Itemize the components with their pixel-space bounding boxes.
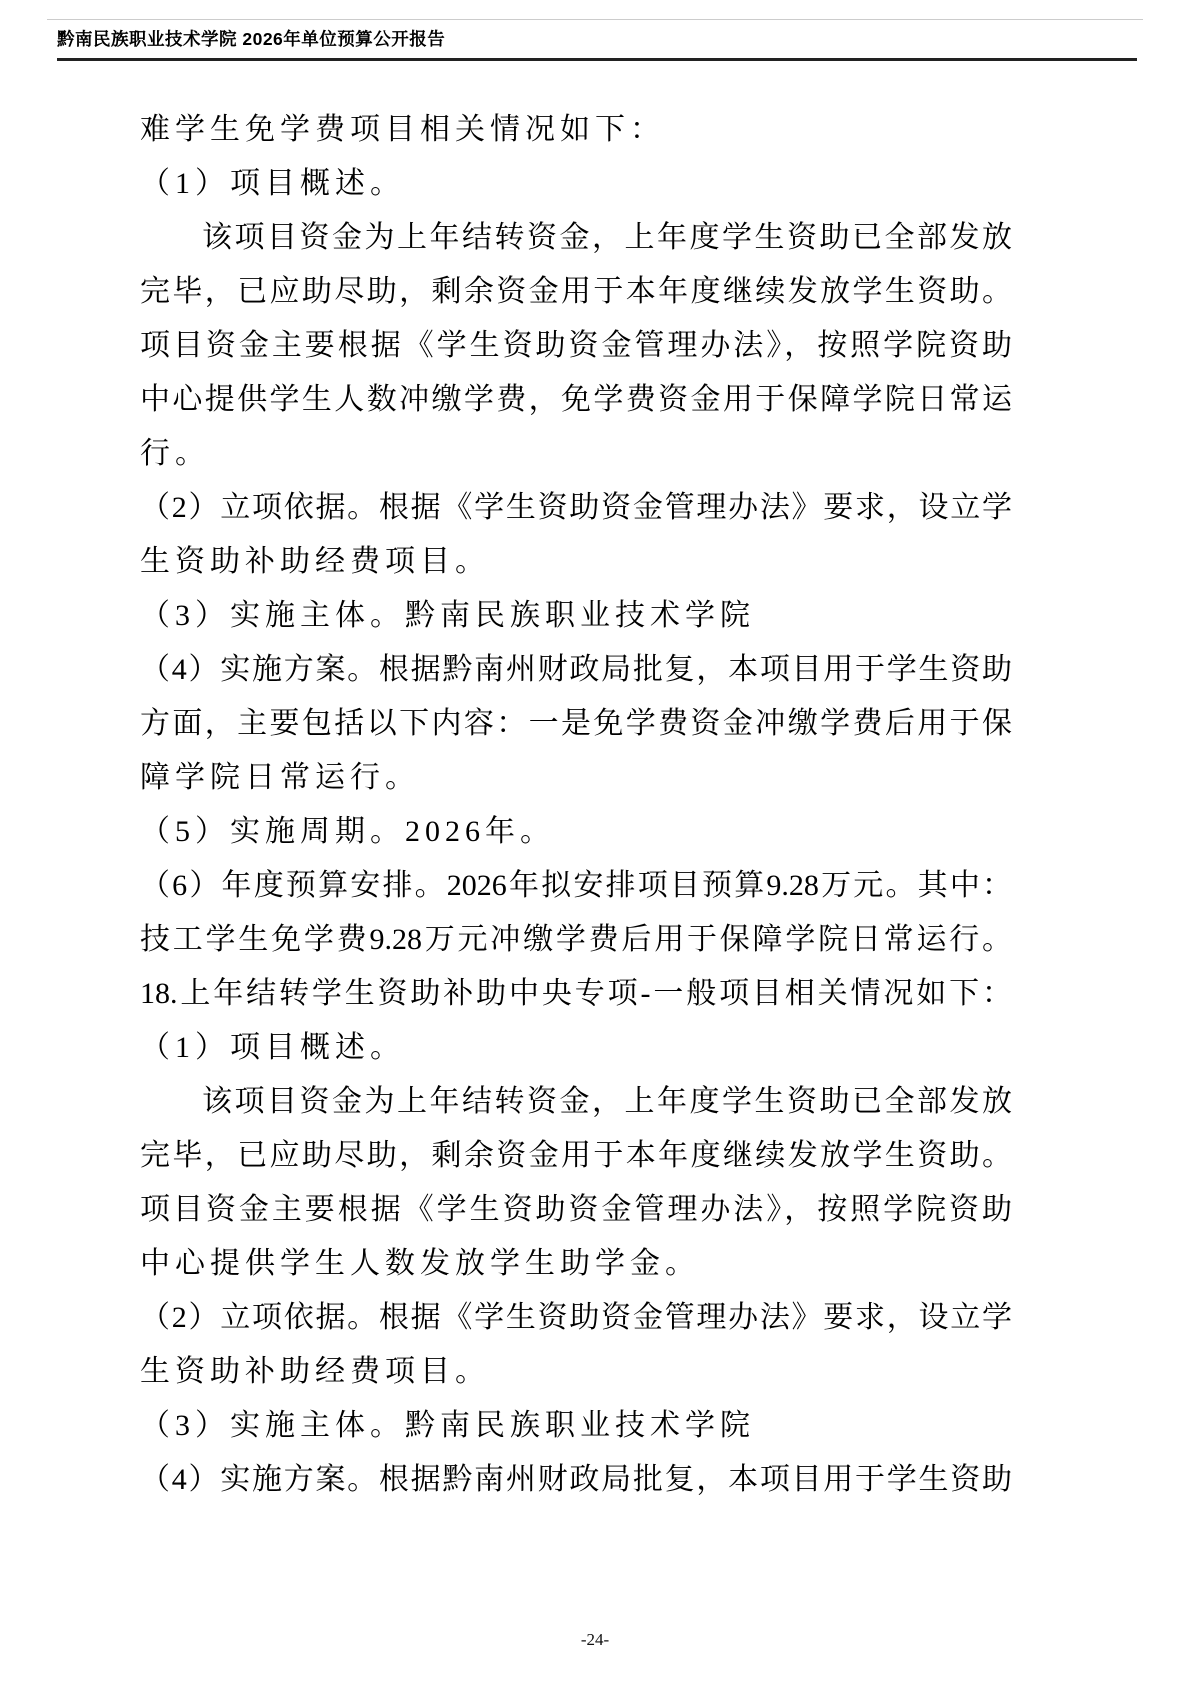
page-number: -24- (581, 1630, 609, 1649)
text-line: （6）年度预算安排。2026年拟安排项目预算9.28万元。其中： (140, 859, 1012, 913)
text-line: （2）立项依据。根据《学生资助资金管理办法》要求，设立学 (140, 481, 1012, 535)
text-line: 方面，主要包括以下内容：一是免学费资金冲缴学费后用于保 (140, 697, 1012, 751)
page-footer: -24- (0, 1630, 1190, 1650)
text-line: （4）实施方案。根据黔南州财政局批复，本项目用于学生资助 (140, 643, 1012, 697)
text-line: 该项目资金为上年结转资金，上年度学生资助已全部发放 (140, 1075, 1012, 1129)
text-line: （2）立项依据。根据《学生资助资金管理办法》要求，设立学 (140, 1291, 1012, 1345)
text-line: 难学生免学费项目相关情况如下： (140, 103, 1012, 157)
text-line: 障学院日常运行。 (140, 751, 1012, 805)
text-line: 技工学生免学费9.28万元冲缴学费后用于保障学院日常运行。 (140, 913, 1012, 967)
text-line: 生资助补助经费项目。 (140, 1345, 1012, 1399)
text-line: 完毕，已应助尽助，剩余资金用于本年度继续发放学生资助。 (140, 265, 1012, 319)
text-line: 项目资金主要根据《学生资助资金管理办法》，按照学院资助 (140, 1183, 1012, 1237)
text-line: 完毕，已应助尽助，剩余资金用于本年度继续发放学生资助。 (140, 1129, 1012, 1183)
page-header: 黔南民族职业技术学院 2026年单位预算公开报告 (57, 26, 1137, 61)
text-boundary-line (47, 19, 1143, 20)
text-line: 18.上年结转学生资助补助中央专项-一般项目相关情况如下： (140, 967, 1012, 1021)
text-line: （3）实施主体。黔南民族职业技术学院 (140, 1399, 1012, 1453)
text-line: （1）项目概述。 (140, 1021, 1012, 1075)
header-title: 黔南民族职业技术学院 2026年单位预算公开报告 (57, 26, 1137, 51)
text-line: 生资助补助经费项目。 (140, 535, 1012, 589)
text-line: （3）实施主体。黔南民族职业技术学院 (140, 589, 1012, 643)
text-line: 中心提供学生人数发放学生助学金。 (140, 1237, 1012, 1291)
text-line: 行。 (140, 427, 1012, 481)
text-line: 中心提供学生人数冲缴学费，免学费资金用于保障学院日常运 (140, 373, 1012, 427)
text-line: （1）项目概述。 (140, 157, 1012, 211)
document-body: 难学生免学费项目相关情况如下：（1）项目概述。该项目资金为上年结转资金，上年度学… (140, 103, 1012, 1507)
text-line: 该项目资金为上年结转资金，上年度学生资助已全部发放 (140, 211, 1012, 265)
text-line: （4）实施方案。根据黔南州财政局批复，本项目用于学生资助 (140, 1453, 1012, 1507)
text-line: 项目资金主要根据《学生资助资金管理办法》，按照学院资助 (140, 319, 1012, 373)
text-line: （5）实施周期。2026年。 (140, 805, 1012, 859)
